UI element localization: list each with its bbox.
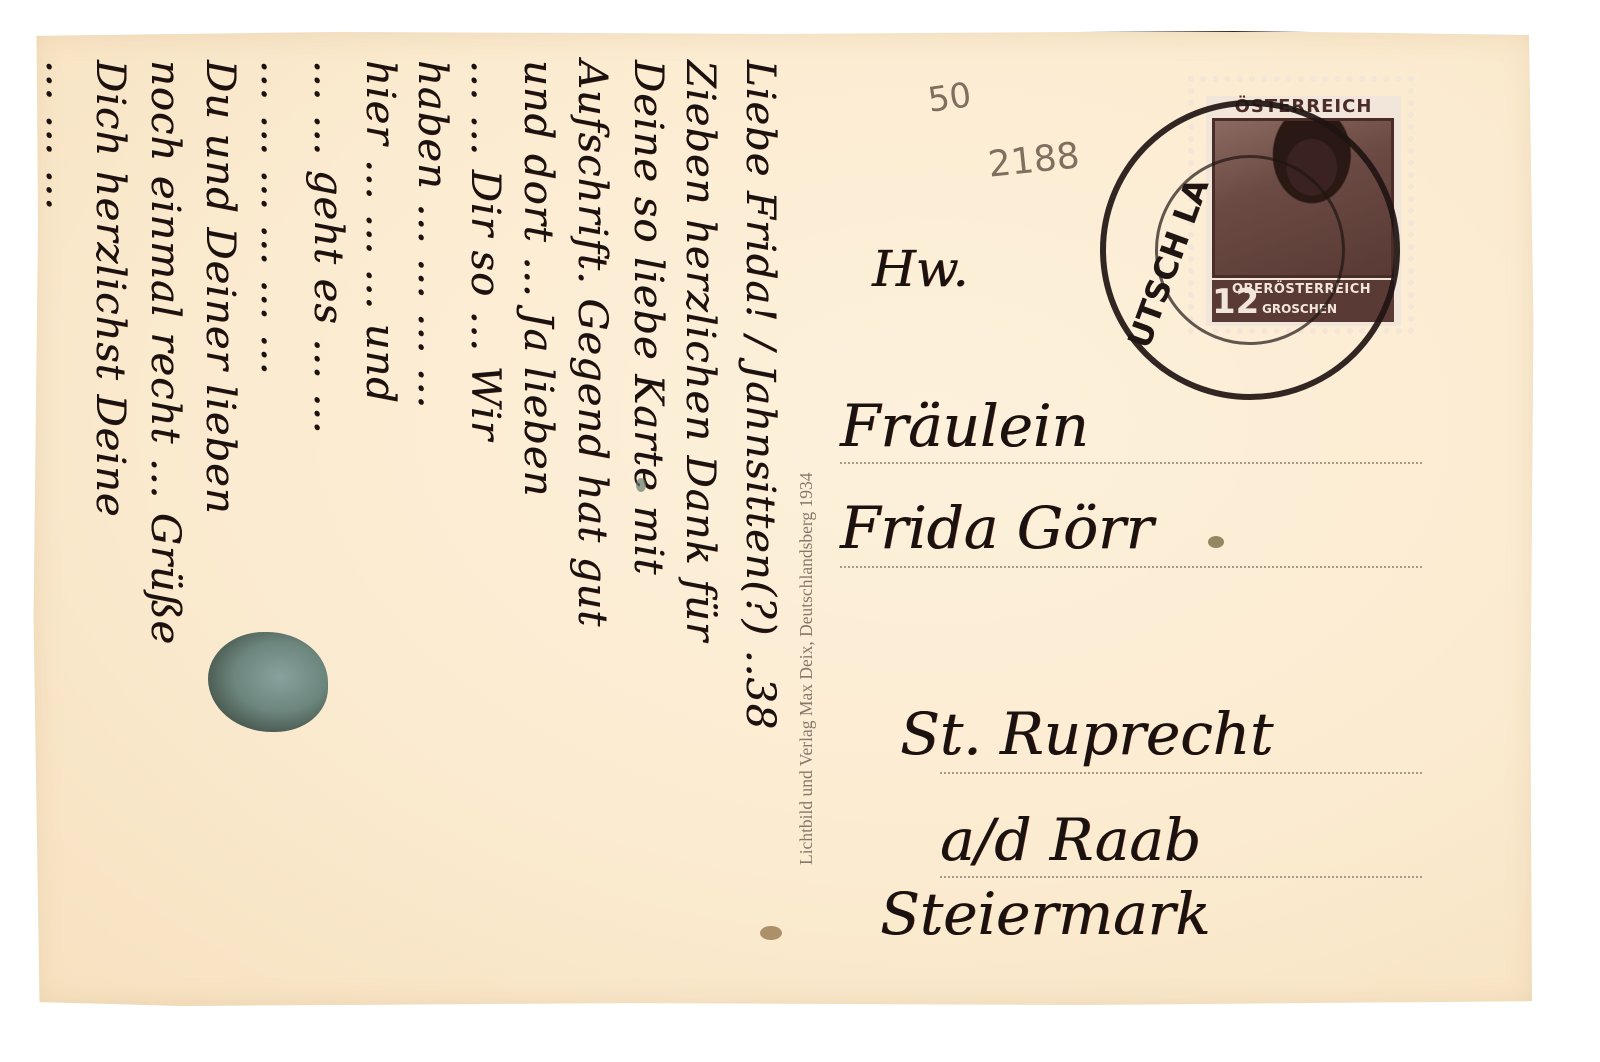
message-line: Dich herzlichst Deine	[90, 60, 130, 517]
message-line: und dort ... Ja lieben	[518, 60, 558, 497]
stain-spot	[760, 926, 782, 940]
message-line: Aufschrift. Gegend hat gut	[572, 60, 612, 627]
address-dotted-line	[840, 566, 1422, 568]
address-line-5: Steiermark	[880, 880, 1210, 948]
message-line: Liebe Frida! / Jahnsitten(?) ..38	[740, 60, 780, 730]
message-line: Du und Deiner lieben	[200, 60, 240, 515]
address-dotted-line	[940, 876, 1422, 878]
publisher-imprint: Lichtbild und Verlag Max Deix, Deutschla…	[795, 205, 825, 865]
address-line-3: St. Ruprecht	[900, 700, 1273, 768]
message-line: noch einmal recht ... Grüße	[145, 60, 185, 645]
pencil-note-price: 50	[925, 75, 973, 121]
address-line-2: Frida Görr	[840, 494, 1153, 562]
address-dotted-line	[840, 462, 1422, 464]
message-line: ... ... Dir so ... Wir	[465, 60, 505, 441]
message-line: ... ... geht es ... ...	[308, 60, 348, 434]
address-line-4: a/d Raab	[940, 806, 1201, 874]
address-line-1: Fräulein	[840, 392, 1089, 460]
stain-spot	[1208, 536, 1224, 548]
message-line: ... ... ... ... ... ...	[255, 60, 295, 375]
message-line: haben ... ... ... ...	[412, 60, 452, 409]
address-dotted-line	[940, 772, 1422, 774]
message-line: ... ... ...	[40, 60, 80, 211]
message-line: Zieben herzlichen Dank für	[680, 60, 720, 642]
address-honorific: Hw.	[872, 240, 968, 298]
stain-spot	[636, 478, 646, 492]
message-line: hier ... ... ... und	[360, 60, 400, 404]
message-line: Deine so liebe Karte mit	[628, 60, 668, 575]
